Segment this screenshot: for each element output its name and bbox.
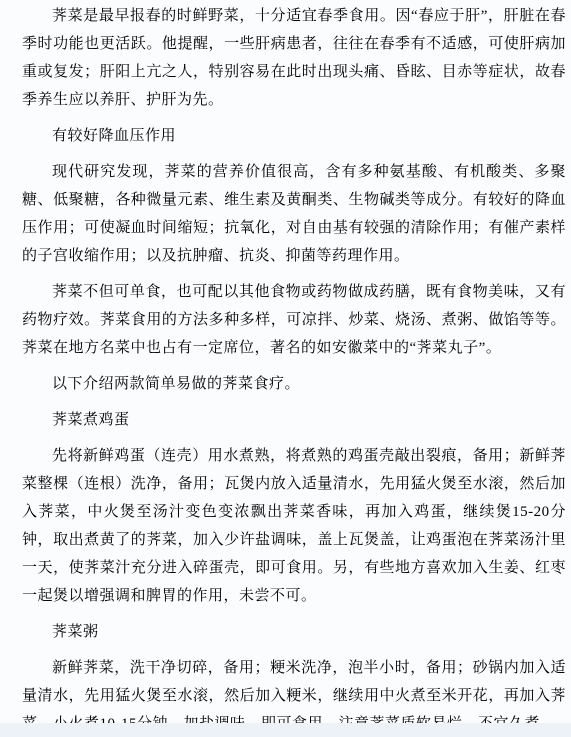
intro-paragraph: 荠菜是最早报春的时鲜野菜，十分适宜春季食用。因“春应于肝”，肝脏在春季时功能也更… xyxy=(22,2,566,114)
recipes-intro-paragraph: 以下介绍两款简单易做的荠菜食疗。 xyxy=(22,370,566,398)
section-heading-porridge: 荠菜粥 xyxy=(22,618,566,646)
porridge-recipe-paragraph: 新鲜荠菜，洗干净切碎，备用；粳米洗净，泡半小时，备用；砂锅内加入适量清水，先用猛… xyxy=(22,654,566,723)
nutrition-paragraph: 现代研究发现，荠菜的营养价值很高，含有多种氨基酸、有机酸类、多聚糖、低聚糖，各种… xyxy=(22,158,566,270)
article-body: 荠菜是最早报春的时鲜野菜，十分适宜春季食用。因“春应于肝”，肝脏在春季时功能也更… xyxy=(0,0,571,723)
boiled-egg-recipe-paragraph: 先将新鲜鸡蛋（连壳）用水煮熟，将煮熟的鸡蛋壳敲出裂痕，备用；新鲜荠菜整棵（连根）… xyxy=(22,442,566,610)
page-bottom-band xyxy=(0,723,571,737)
section-heading-blood-pressure: 有较好降血压作用 xyxy=(22,122,566,150)
usage-paragraph: 荠菜不但可单食，也可配以其他食物或药物做成药膳，既有食物美味，又有药物疗效。荠菜… xyxy=(22,278,566,362)
section-heading-boiled-egg: 荠菜煮鸡蛋 xyxy=(22,406,566,434)
